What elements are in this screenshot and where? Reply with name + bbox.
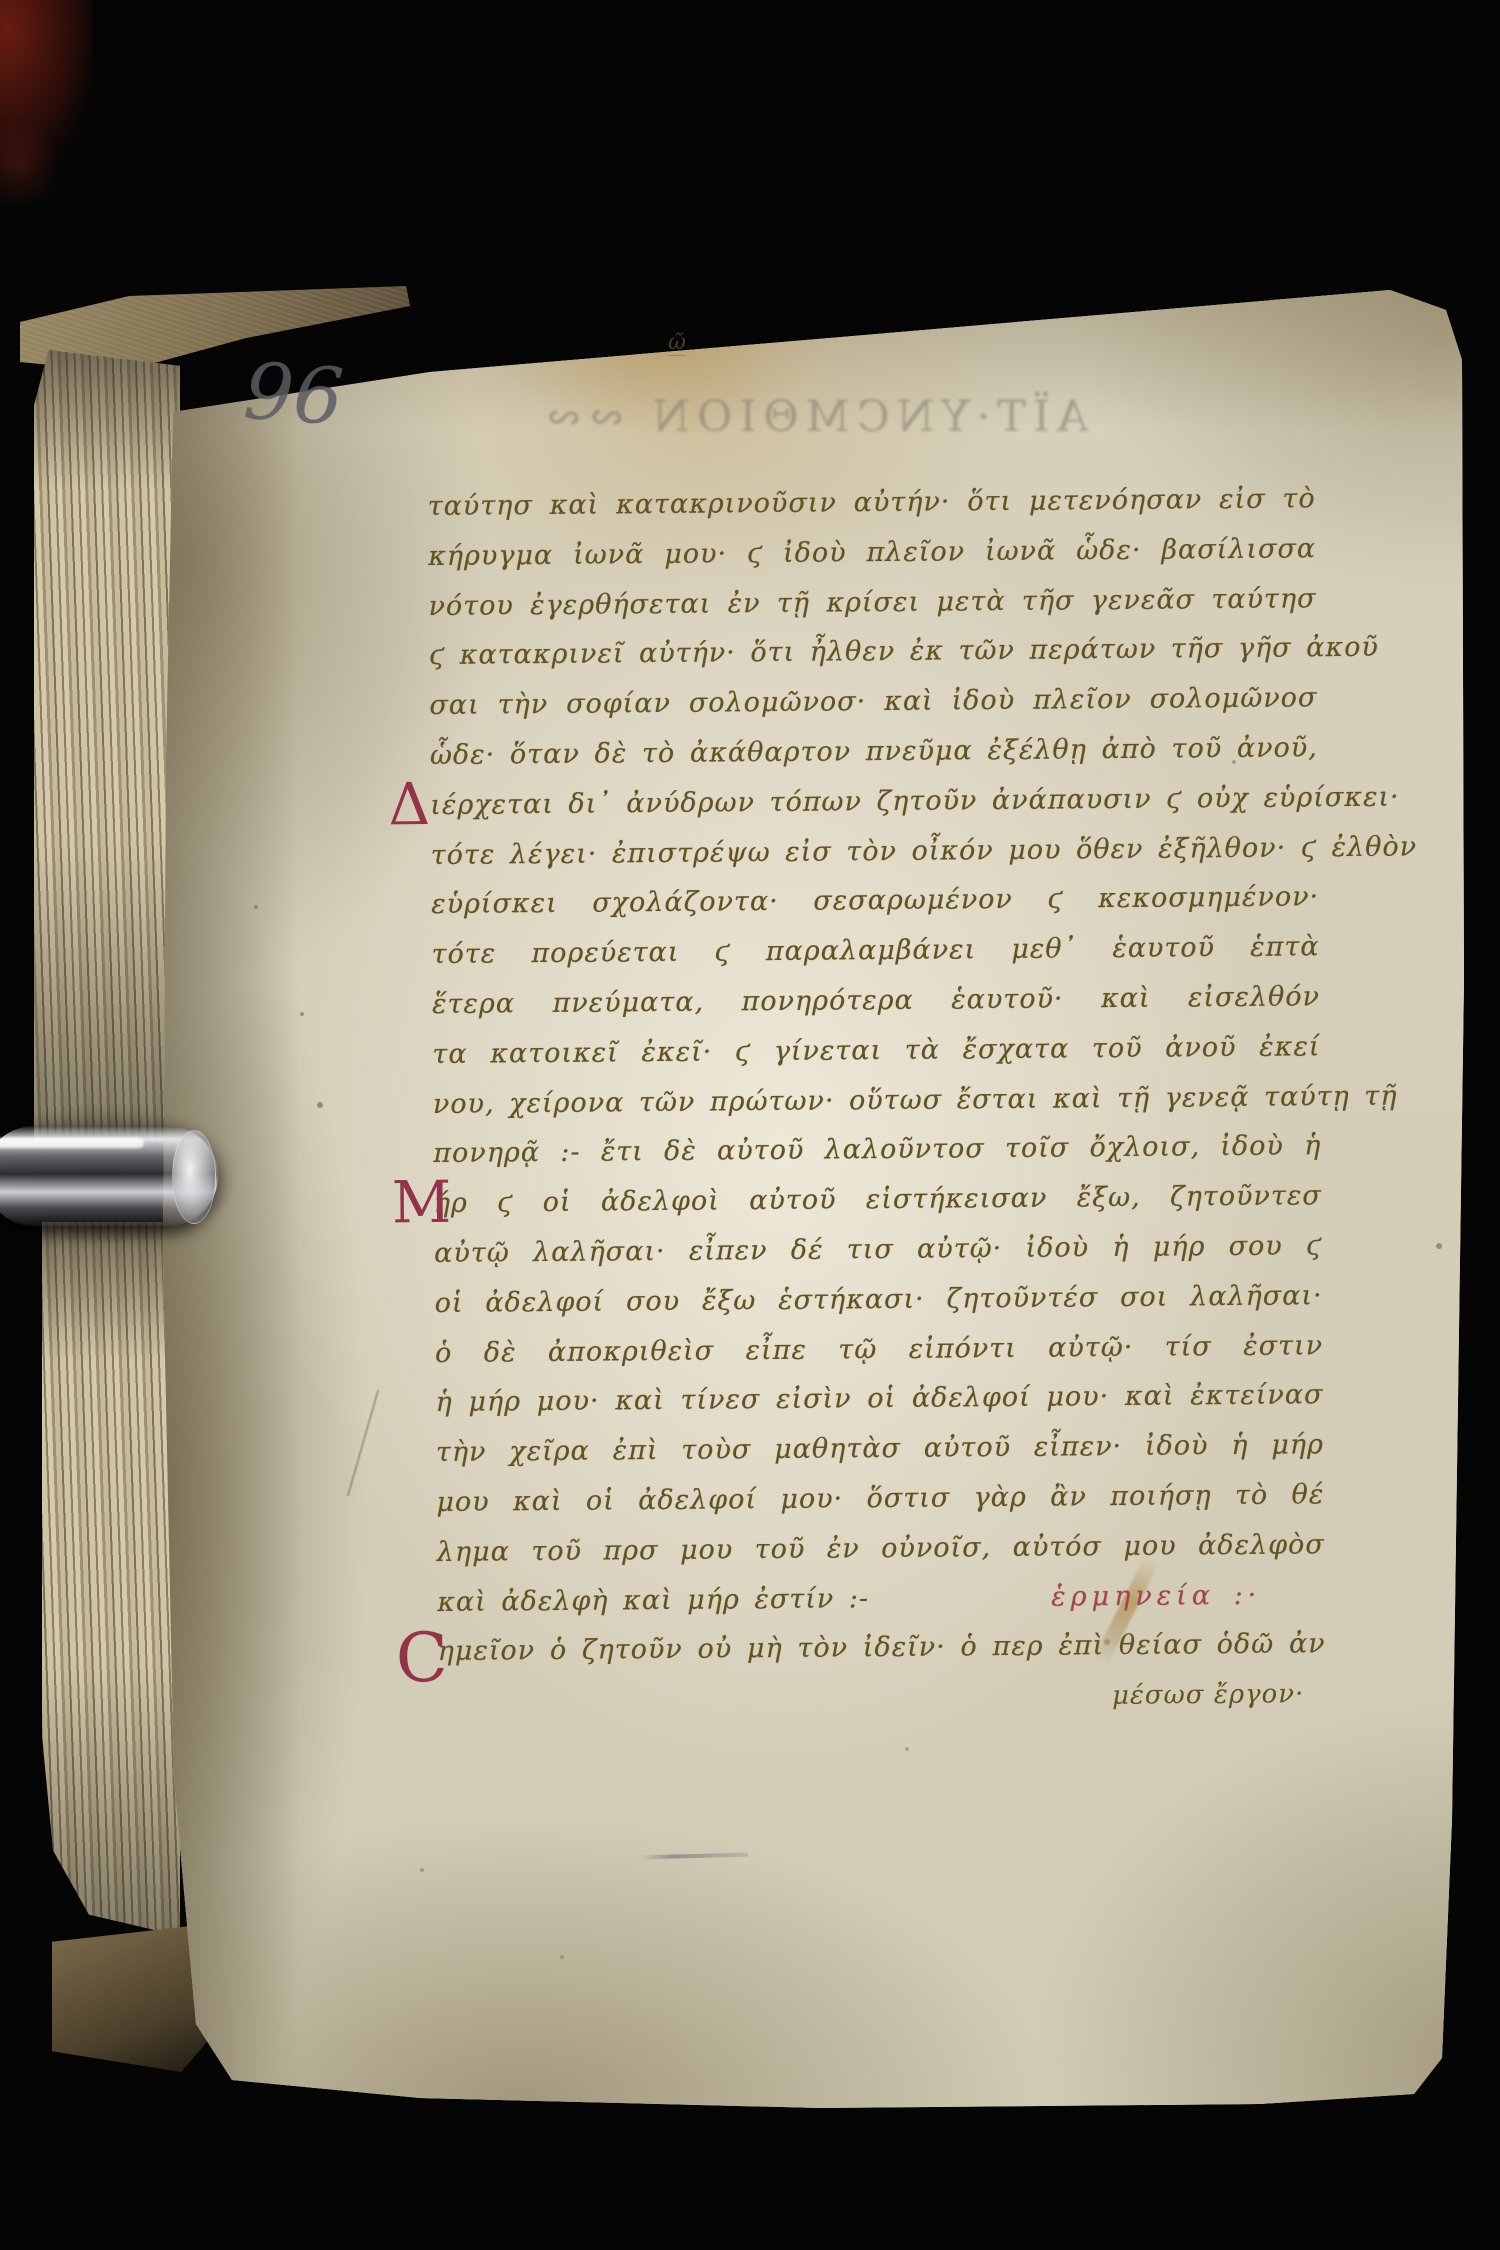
rubric-initial: Μ [392, 1173, 453, 1232]
manuscript-line: ϛ κατακρινεῖ αὐτήν· ὅτι ἦλθεν ἐκ τῶν περ… [429, 630, 1317, 676]
manuscript-photo: 96 ΑΪΤ·ΥΝϹΜΘΙΟΝ ∾∾ ῶ ταύτησ καὶ κατακριν… [0, 0, 1500, 2250]
manuscript-line: Μήρ ϛ οἱ ἀδελφοὶ αὐτοῦ εἱστήκεισαν ἔξω, … [434, 1177, 1322, 1223]
manuscript-line: καὶ ἀδελφὴ καὶ μήρ ἐστίν :-ἑρμηνεία :· [437, 1580, 869, 1622]
manuscript-line: οἱ ἀδελφοί σου ἔξω ἑστήκασι· ζητοῦντέσ σ… [434, 1277, 1322, 1323]
manuscript-line: Ϲημεῖον ὁ ζητοῦν οὐ μὴ τὸν ἰδεῖν· ὁ περ … [438, 1626, 1326, 1672]
manuscript-line: ἡ μήρ μου· καὶ τίνεσ εἰσὶν οἱ ἀδελφοί μο… [435, 1377, 1323, 1423]
manuscript-line: εὑρίσκει σχολάζοντα· σεσαρωμένον ϛ κεκοσ… [431, 879, 1319, 925]
manuscript-line: αὐτῷ λαλῆσαι· εἶπεν δέ τισ αὐτῷ· ἰδοὺ ἡ … [434, 1227, 1322, 1273]
manuscript-line: τότε λέγει· ἐπιστρέψω εἰσ τὸν οἶκόν μου … [431, 829, 1319, 875]
manuscript-line: λημα τοῦ πρσ μου τοῦ ἐν οὐνοῖσ, αὐτόσ μο… [437, 1526, 1325, 1572]
rod-end-cap [172, 1130, 216, 1224]
rubric-initial: Δ [388, 775, 431, 833]
manuscript-line: νου, χείρονα τῶν πρώτων· οὕτωσ ἔσται καὶ… [433, 1078, 1321, 1124]
glass-page-weight-rod [0, 1126, 218, 1226]
hermeneia-label: ἑρμηνεία :· [1051, 1576, 1261, 1616]
rubric-initial: Ϲ [395, 1625, 449, 1693]
manuscript-line: ὧδε· ὅταν δὲ τὸ ἀκάθαρτον πνεῦμα ἐξέλθῃ … [430, 729, 1318, 775]
manuscript-line: μου καὶ οἱ ἀδελφοί μου· ὅστισ γὰρ ἂν ποι… [436, 1476, 1324, 1522]
manuscript-line: ὁ δὲ ἀποκριθεὶσ εἶπε τῷ εἰπόντι αὐτῷ· τί… [435, 1327, 1323, 1373]
manuscript-line: σαι τὴν σοφίαν σολομῶνοσ· καὶ ἰδοὺ πλεῖο… [429, 679, 1317, 725]
manuscript-line: ἕτερα πνεύματα, πονηρότερα ἑαυτοῦ· καὶ ε… [432, 978, 1320, 1024]
manuscript-line: ταύτησ καὶ κατακρινοῦσιν αὐτήν· ὅτι μετε… [428, 480, 1316, 526]
manuscript-line: τα κατοικεῖ ἐκεῖ· ϛ γίνεται τὰ ἔσχατα το… [432, 1028, 1320, 1074]
manuscript-line: νότου ἐγερθήσεται ἐν τῇ κρίσει μετὰ τῆσ … [428, 580, 1316, 626]
manuscript-line: κήρυγμα ἰωνᾶ μου· ϛ ἰδοὺ πλεῖον ἰωνᾶ ὧδε… [428, 530, 1316, 576]
hermeneia-closing-line: μέσωσ ἔργον· [1112, 1679, 1305, 1711]
manuscript-line: πονηρᾷ :- ἔτι δὲ αὐτοῦ λαλοῦντοσ τοῖσ ὄχ… [433, 1128, 1321, 1174]
manuscript-line: Διέρχεται δι᾽ ἀνύδρων τόπων ζητοῦν ἀνάπα… [430, 779, 1318, 825]
manuscript-line: τὴν χεῖρα ἐπὶ τοὺσ μαθητὰσ αὐτοῦ εἶπεν· … [436, 1426, 1324, 1472]
rod-highlight [0, 1138, 144, 1148]
manuscript-line: τότε πορεύεται ϛ παραλαμβάνει μεθ᾽ ἑαυτο… [431, 928, 1319, 974]
